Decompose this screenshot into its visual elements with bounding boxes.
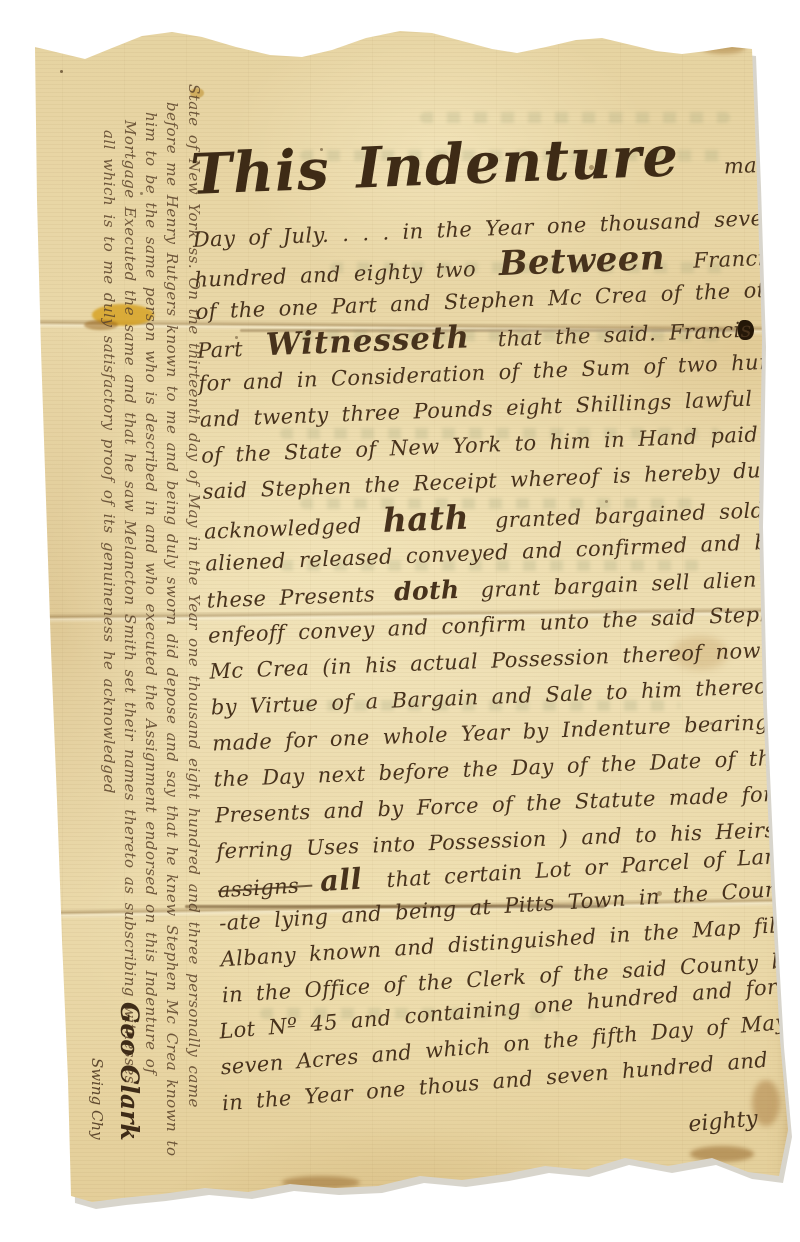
catchword: eighty: [627, 1106, 759, 1142]
margin-line: Mortgage Executed the same and that he s…: [120, 120, 140, 1084]
body-text-segment: Francis Mahy: [693, 243, 800, 273]
edge-stain: [700, 40, 746, 54]
foxing-specks: [60, 70, 63, 73]
margin-signature: Geo Clark: [110, 1002, 148, 1141]
body-text-segment: Part: [197, 337, 257, 363]
margin-line: him to be the same person who is describ…: [141, 112, 161, 1074]
body-text-segment: all: [319, 861, 379, 899]
body-text-segment: made the: [723, 150, 800, 179]
photo-background: State of New York ss. On the thirteenth …: [0, 0, 800, 1242]
body-text-segment: hath: [382, 497, 488, 540]
margin-signature-title: Swing Chy: [88, 1058, 106, 1140]
body-text-segment: these Presents: [206, 582, 388, 613]
margin-line: before me Henry Rutgers known to me and …: [162, 102, 182, 1157]
body-text-segment: doth: [394, 574, 476, 606]
document-paper: State of New York ss. On the thirteenth …: [0, 0, 800, 1242]
margin-line: all which is to me duly satisfactory pro…: [99, 130, 119, 794]
body-text-segment: This Indenture: [189, 122, 706, 208]
edge-stain: [690, 1146, 754, 1162]
body-text-segment: assigns: [217, 873, 313, 903]
body-text: This Indenture made the twenty sixth Day…: [188, 90, 800, 1122]
